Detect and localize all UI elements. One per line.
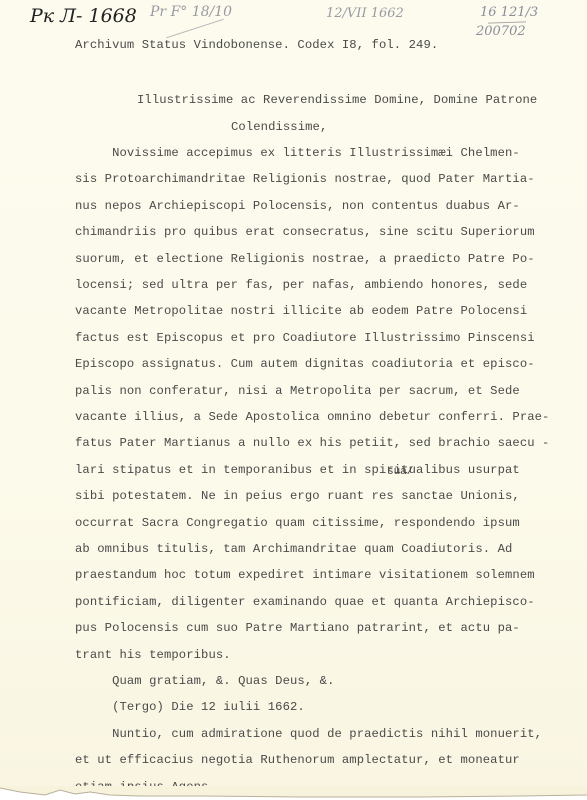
body-line: sis Protoarchimandritae Religionis nostr…: [75, 172, 535, 186]
archive-reference-handwritten: Pк Л- 1668: [30, 5, 137, 27]
body-line: factus est Episcopus et pro Coadiutore I…: [75, 331, 535, 345]
body-line: ab omnibus titulis, tam Archimandritae q…: [75, 542, 512, 556]
body-line: chimandriis pro quibus erat consecratus,…: [75, 225, 535, 239]
archive-header: Archivum Status Vindobonense. Codex I8, …: [75, 38, 438, 52]
body-line: vacante illius, a Sede Apostolica omnino…: [75, 410, 549, 424]
pencil-note: Pr F° 18/10: [150, 4, 232, 20]
body-line: lari stipatus et in temporanibus et in s…: [75, 463, 520, 477]
body-line: Nuntio, cum admiratione quod de praedict…: [75, 727, 542, 741]
body-line: nus nepos Archiepiscopi Polocensis, non …: [75, 199, 520, 213]
body-line: praestandum hoc totum expediret intimare…: [75, 568, 535, 582]
body-line: Novissime accepimus ex litteris Illustri…: [75, 146, 520, 160]
salutation-line-2: Colendissime,: [231, 120, 327, 134]
torn-paper-edge: [0, 786, 587, 800]
body-line: pus Polocensis cum suo Patre Martiano pa…: [75, 621, 520, 635]
body-line: palis non conferatur, nisi a Metropolita…: [75, 384, 520, 398]
pencil-date-note: 12/VII 1662: [326, 6, 404, 21]
body-line: trant his temporibus.: [75, 648, 231, 662]
body-line: (Tergo) Die 12 iulii 1662.: [75, 700, 305, 714]
body-line: locensi; sed ultra per fas, per nafas, a…: [75, 278, 527, 292]
body-line: sibi potestatem. Ne in peius ergo ruant …: [75, 489, 520, 503]
pencil-stroke: [166, 19, 223, 38]
body-line: Episcopo assignatus. Cum autem dignitas …: [75, 357, 535, 371]
body-line: pontificiam, diligenter examinando quae …: [75, 595, 535, 609]
document-page: Pк Л- 1668 Pr F° 18/10 12/VII 1662 16 12…: [0, 0, 587, 792]
body-line: et ut efficacius negotia Ruthenorum ampl…: [75, 753, 520, 767]
body-line: vacante Metropolitae nostri illicite ab …: [75, 304, 527, 318]
catalog-number-top: 16 121/3: [480, 5, 538, 20]
body-line: fatus Pater Martianus a nullo ex his pet…: [75, 436, 549, 450]
catalog-number-bottom: 200702: [476, 24, 526, 39]
body-line: suorum, et electione Religionis nostrae,…: [75, 252, 535, 266]
interlinear-insertion: suà/: [387, 466, 413, 478]
body-line: Quam gratiam, &. Quas Deus, &.: [75, 674, 334, 688]
body-line: occurrat Sacra Congregatio quam citissim…: [75, 516, 520, 530]
salutation-line-1: Illustrissime ac Reverendissime Domine, …: [137, 93, 537, 107]
